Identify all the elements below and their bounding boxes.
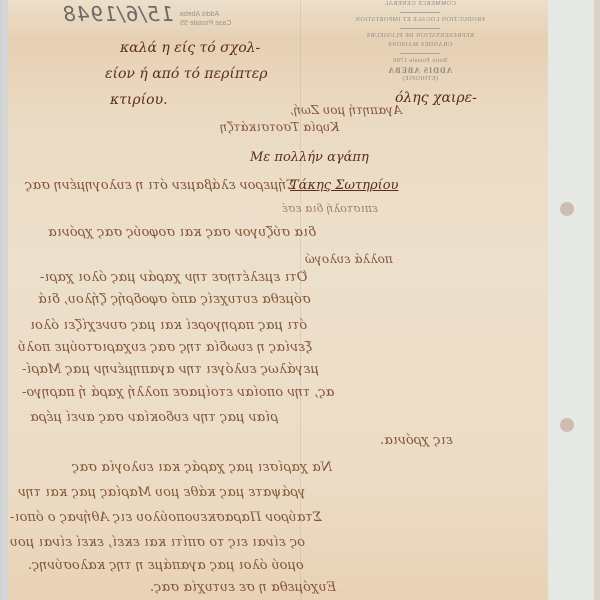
punch-hole-icon [560, 418, 574, 432]
back-text-line: Ότι εμελέτησε την χαράν μας όλοι χαρι- [40, 270, 308, 285]
letterhead-rule [400, 28, 440, 29]
letterhead-mirrored: COMMERCE GENERAL PRODUCTION LOCALE ET IM… [320, 0, 520, 84]
back-text-line: ος είναι εις το σπίτι και εκεί, εκεί είν… [10, 535, 305, 550]
front-text-line: κτιρίου. [110, 92, 168, 108]
letter-date: 15/6/1948 [62, 2, 174, 26]
back-text-line: επιστολή δια εσέ [282, 202, 378, 215]
back-text-line: ομού όλοι μας αγαπάμε η της καλοσύνης. [28, 558, 304, 573]
back-text-line: Σταύρον Παρασκευοπούλου εις Αθήνας ο όπο… [10, 510, 322, 525]
letterhead-city: ADDIS ABEBA [320, 66, 520, 75]
back-text-line: Ευχόμεθα η σε ευτυχία σας. [150, 580, 336, 595]
small-print-line: Case Postale 55 [180, 19, 231, 28]
signature: Τάκης Σωτηρίου [290, 178, 398, 193]
back-text-line: ότι μας παρηγορεί και μας συνεχίζει όλοι [30, 318, 307, 333]
letterhead-line: Boite Postale 1780 [320, 57, 520, 66]
letterhead-line: (ETHIOPIE) [320, 75, 520, 84]
letterhead-line: COMMERCE GENERAL [320, 0, 520, 9]
album-margin-strip [548, 0, 600, 600]
back-text-line: ρίαν μας την ευδοκίαν σας ανεί μέρα [30, 410, 278, 425]
back-text-line: Να χαρίσει μας χαράς και ευλογία σας [72, 460, 332, 475]
letterhead-line: PRODUCTION LOCALE ET IMPORTATION [320, 16, 520, 25]
back-text-line: σόμεθα ευτυχείς από σφοδρής ζήλου, διά [38, 292, 311, 307]
letterhead-rule [400, 12, 440, 13]
letterhead-rule [400, 53, 440, 54]
back-text-line: εις χρόνια. [380, 433, 453, 448]
back-text-line: δια σύζυγον σας και σοφούς σας χρόνια [48, 225, 316, 240]
back-text-line: ξενίας η ευωδία της σας ευχαριστούμε πολ… [18, 340, 312, 355]
front-text-line: Με πολλήν αγάπη [250, 150, 369, 165]
front-text-line: όλης χαιρε- [395, 90, 477, 106]
front-text-line: είον ή από τό περίπτερ [105, 66, 268, 82]
front-text-line: καλά η είς τό σχολ- [120, 40, 260, 56]
back-text-line: Κυρία Τσοτσικάτζη [220, 120, 339, 134]
small-print-address: Addis Abeba Case Postale 55 [180, 10, 231, 28]
back-text-line: ας, την οποίαν ετοίμασε πολλή χαρά ή παρ… [22, 385, 334, 400]
small-print-line: Addis Abeba [180, 10, 231, 19]
back-text-line: πολλά ευλογώ [305, 252, 393, 266]
letterhead-line: GRANDES MAISONS [320, 41, 520, 50]
strip-edge [594, 0, 600, 600]
letterhead-line: REPRESENTATION DE PLUSIEURS [320, 32, 520, 41]
back-text-line: Αγαπητή μου Ζωή, [290, 103, 402, 117]
back-text-line: Σήμερον ελάβαμεν ότι η ευλογημένη σας [25, 178, 296, 193]
back-text-line: μεγάλως ευλόγει την αγαπημένην μας Μαρί- [22, 362, 319, 377]
back-text-line: γράψατε μας κάθε μου Μαρίας μας και την [18, 485, 306, 500]
punch-hole-icon [560, 202, 574, 216]
